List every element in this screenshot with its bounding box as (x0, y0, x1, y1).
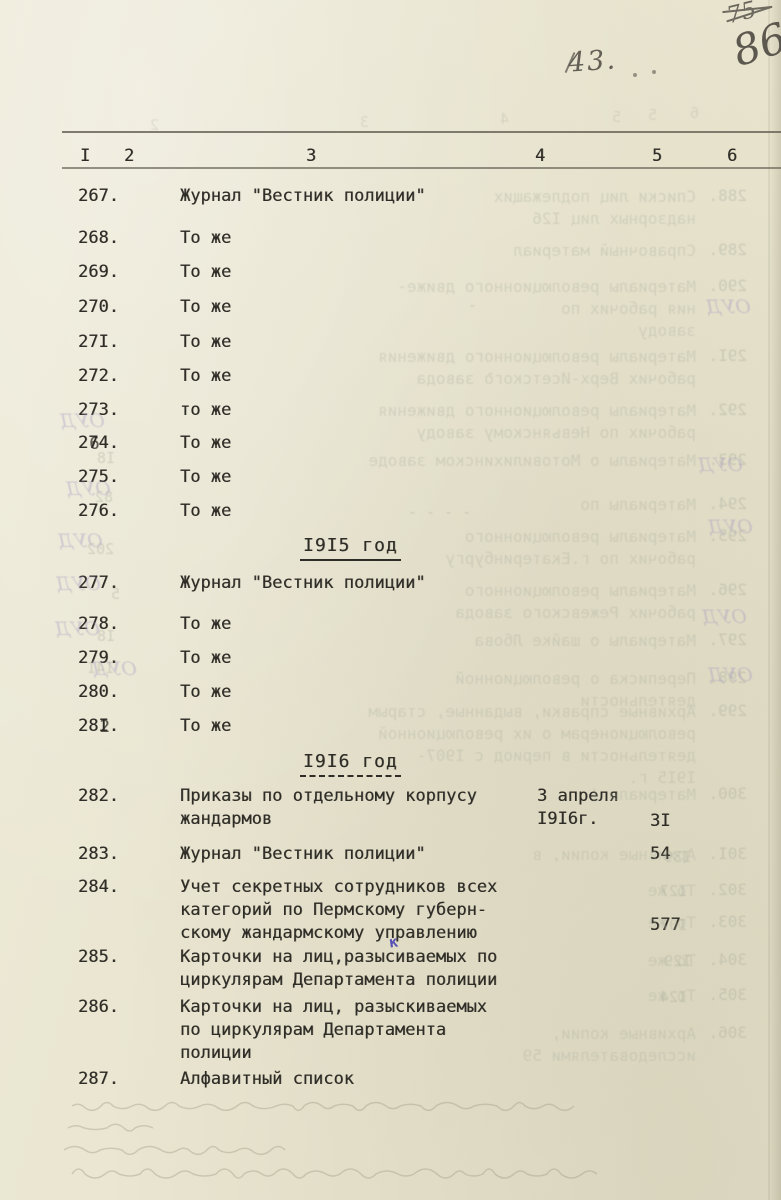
entry-number: 28I2. (78, 715, 148, 738)
bleedthrough-entry-text: Архивные копии, в (340, 844, 696, 866)
bleedthrough-number: 5 (111, 585, 120, 603)
bleedthrough-number: I39 (664, 848, 691, 866)
bleedthrough-entry-number: 297. (697, 630, 747, 649)
pencil-handwriting-lines (58, 1092, 758, 1197)
bleedthrough-number: I24 (660, 988, 687, 1006)
bleedthrough-dash: - (486, 364, 495, 382)
bleedthrough-entry-text: То же (340, 880, 696, 902)
entry-date-line: I9I6г. (537, 808, 647, 831)
bleedthrough-number: I8 (97, 449, 115, 467)
bleedthrough-entry-text: То же (340, 912, 696, 934)
bleedthrough-entry-text: Материалы революционного движения рабочи… (340, 400, 696, 444)
bleedthrough-dash: - (468, 296, 477, 314)
pencil-dot (652, 70, 656, 74)
bleedthrough-purple-stamp: ОУД (698, 454, 743, 476)
bleedthrough-purple-stamp: ОУД (706, 296, 751, 318)
table-header-rule (62, 167, 781, 169)
pencil-page-number: 43. (567, 44, 618, 78)
bleedthrough-entry-number: 29I. (697, 346, 747, 365)
bleedthrough-entry-number: 302. (697, 880, 747, 899)
bleedthrough-purple-stamp: ОУД (60, 410, 105, 432)
bleedthrough-entry-number: 300. (697, 784, 747, 803)
entry-number: 287. (78, 1068, 148, 1091)
bleedthrough-entry-number: 296. (697, 580, 747, 599)
overstruck-digit-under: 2 (99, 716, 109, 739)
bleedthrough-entry-number: 289. (697, 240, 747, 259)
bleedthrough-entry-text: Материалы по (340, 494, 696, 516)
bleedthrough-entry-text: Списки лиц подлежащих надзорных лиц I26 (340, 186, 696, 230)
bleedthrough-entry-number: 294. (697, 494, 747, 513)
bleedthrough-purple-stamp: ОУД (92, 658, 137, 680)
entry-number: 280. (78, 681, 148, 704)
bleedthrough-entry-text: Материалы революционного рабочих Режевск… (340, 580, 696, 624)
bleedthrough-purple-stamp: ОУД (56, 573, 101, 595)
pencil-dot (633, 73, 637, 77)
entry-number: 272. (78, 365, 148, 388)
bleedthrough-header-digit: 2 (150, 116, 159, 134)
bleedthrough-entry-text: Материалы революционного рабочих по г.Ек… (340, 526, 696, 570)
bleedthrough-entry-text: Архивные справки, выданные, старым револ… (340, 701, 696, 789)
bleedthrough-entry-text: Материалы о Мотовилихинском заводе (340, 450, 696, 472)
bleedthrough-number: I07 (660, 916, 687, 934)
page-edge-shadow (769, 0, 781, 1200)
bleedthrough-purple-stamp: ОУД (702, 606, 747, 628)
bleedthrough-number: I27 (660, 882, 687, 900)
column-header: 2 (124, 145, 134, 168)
bleedthrough-entry-number: 306. (697, 1023, 747, 1042)
bleedthrough-purple-stamp: ОУД (708, 516, 753, 538)
pencil-page-number-text: 43. (567, 44, 618, 78)
entry-number: 286. (78, 996, 148, 1019)
entry-sheet-count: 3I (650, 810, 710, 833)
bleedthrough-dash: - - - - (408, 503, 471, 521)
column-header: 4 (535, 145, 545, 168)
table-top-rule (62, 131, 781, 133)
entry-number: 269. (78, 261, 148, 284)
bleedthrough-entry-text: Справочный материал (340, 240, 696, 262)
bleedthrough-purple-stamp: ОУД (708, 664, 753, 686)
column-header: 3 (306, 145, 316, 168)
scanned-archive-inventory-page: 43. 75 86 I23456 267.Журнал "Вестник пол… (0, 0, 781, 1200)
bleedthrough-entry-text: Материалы ( (340, 784, 696, 806)
entry-number: 27I. (78, 331, 148, 354)
column-header: 6 (727, 145, 737, 168)
bleedthrough-entry-text: То же (340, 950, 696, 972)
entry-number: 284. (78, 876, 148, 899)
entry-number: 283. (78, 843, 148, 866)
bleedthrough-purple-stamp: ОУД (55, 618, 100, 640)
bleedthrough-number: I29 (664, 952, 691, 970)
entry-number: 270. (78, 296, 148, 319)
bleedthrough-entry-text: Материалы революционного движения рабочи… (340, 346, 696, 390)
bleedthrough-entry-text: Архивные копии, исследователями 59 (340, 1023, 696, 1067)
entry-number: 268. (78, 227, 148, 250)
bleedthrough-purple-stamp: ОУД (66, 478, 111, 500)
bleedthrough-entry-number: 299. (697, 701, 747, 720)
entry-number: 285. (78, 946, 148, 969)
entry-title: Алфавитный список (180, 1068, 550, 1091)
bleedthrough-entry-text: Материалы о шайке Лбова (340, 630, 696, 652)
bleedthrough-header-digit: 5 (612, 108, 621, 126)
bleedthrough-entry-number: 303. (697, 912, 747, 931)
entry-title-line: жандармов (180, 808, 550, 831)
entry-title-line: Алфавитный список (180, 1068, 550, 1091)
bleedthrough-header-digit: 6 (690, 104, 699, 122)
entry-number: 282. (78, 785, 148, 808)
bleedthrough-entry-number: 290. (697, 276, 747, 295)
overstruck-digit: I2 (98, 715, 108, 738)
bleedthrough-header-digit: 3 (360, 113, 369, 131)
bleedthrough-header-digit: 4 (500, 110, 509, 128)
bleedthrough-header-digit: 5 (648, 106, 657, 124)
bleedthrough-entry-number: 305. (697, 985, 747, 1004)
bleedthrough-entry-number: 304. (697, 950, 747, 969)
bleedthrough-entry-number: 288. (697, 186, 747, 205)
bleedthrough-entry-number: 30I. (697, 844, 747, 863)
bleedthrough-entry-text: Материалы революционного движе- ния рабо… (340, 276, 696, 342)
column-header: 5 (652, 145, 662, 168)
entry-number: 267. (78, 185, 148, 208)
bleedthrough-entry-number: 292. (697, 400, 747, 419)
column-header: I (80, 145, 90, 168)
bleedthrough-entry-text: То же (340, 985, 696, 1007)
bleedthrough-purple-stamp: ОУД (58, 530, 103, 552)
